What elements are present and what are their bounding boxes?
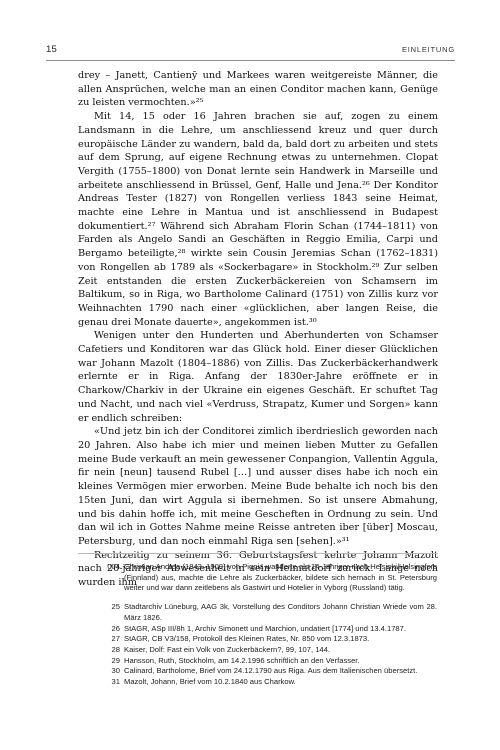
footnote-item: 30Calinard, Bartholome, Brief vom 24.12.… xyxy=(100,666,437,677)
body-paragraph: Mit 14, 15 oder 16 Jahren brachen sie au… xyxy=(78,110,438,329)
footnote-number: 30 xyxy=(100,666,120,677)
body-text: drey – Janett, Cantienȳ und Markees ware… xyxy=(78,69,438,590)
footnote-item: 29Hansson, Ruth, Stockholm, am 14.2.1996… xyxy=(100,656,437,667)
footnote-number: 004 xyxy=(100,562,120,573)
body-paragraph: Wenigen unter den Hunderten und Aberhund… xyxy=(78,329,438,425)
footnote-item: 26StAGR, ASp III/8h 1, Archiv Simonett u… xyxy=(100,624,437,635)
footnote-text: Kaiser, Dolf: Fast ein Volk von Zuckerbä… xyxy=(124,645,437,656)
footnote-number: 27 xyxy=(100,634,120,645)
page-number: 15 xyxy=(46,44,57,55)
footnote-number: 28 xyxy=(100,645,120,656)
footnote-text: Calinard, Bartholome, Brief vom 24.12.17… xyxy=(124,666,437,677)
body-paragraph: «Und jetz bin ich der Conditorei zimlich… xyxy=(78,425,438,548)
footnote-text: Mazolt, Johann, Brief vom 10.2.1840 aus … xyxy=(124,677,437,688)
footnotes: 004Christian Andrea (1843–1900) von Pign… xyxy=(100,562,437,688)
footnote-number: 26 xyxy=(100,624,120,635)
footnote-number: 31 xyxy=(100,677,120,688)
footnote-number: 29 xyxy=(100,656,120,667)
page-header: 15 EINLEITUNG xyxy=(46,44,455,55)
footnote-item: 28Kaiser, Dolf: Fast ein Volk von Zucker… xyxy=(100,645,437,656)
footnote-item: 25Stadtarchiv Lüneburg, AAG 3k, Vorstell… xyxy=(100,602,437,623)
running-head: EINLEITUNG xyxy=(402,45,455,54)
footnote-item: 27StAGR, CB V3/158, Protokoll des Kleine… xyxy=(100,634,437,645)
footnote-text: StAGR, ASp III/8h 1, Archiv Simonett und… xyxy=(124,624,437,635)
footnote-separator-rule xyxy=(78,553,438,554)
header-rule xyxy=(46,60,455,61)
footnote-item: 004Christian Andrea (1843–1900) von Pign… xyxy=(100,562,437,594)
book-page: 15 EINLEITUNG drey – Janett, Cantienȳ un… xyxy=(0,0,500,750)
footnote-number: 25 xyxy=(100,602,120,613)
footnote-text: StAGR, CB V3/158, Protokoll des Kleinen … xyxy=(124,634,437,645)
footnote-text: Hansson, Ruth, Stockholm, am 14.2.1996 s… xyxy=(124,656,437,667)
footnote-text: Christian Andrea (1843–1900) von Pignia … xyxy=(124,562,437,594)
footnote-text: Stadtarchiv Lüneburg, AAG 3k, Vorstellun… xyxy=(124,602,437,623)
body-paragraph: drey – Janett, Cantienȳ und Markees ware… xyxy=(78,69,438,110)
footnote-item: 31Mazolt, Johann, Brief vom 10.2.1840 au… xyxy=(100,677,437,688)
